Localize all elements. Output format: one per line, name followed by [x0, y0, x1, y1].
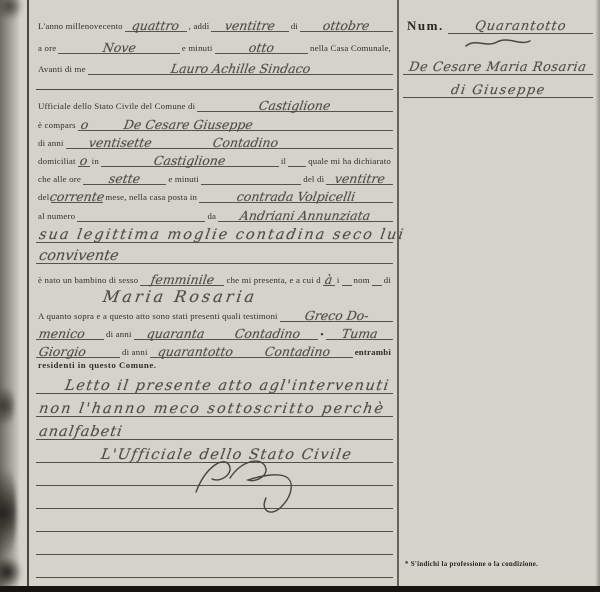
num-label: Num. [403, 19, 448, 34]
fill-line: sette [83, 173, 166, 185]
handwritten-entry: ottobre [319, 20, 373, 31]
handwritten-entry: Contadino [232, 328, 305, 339]
fill-line: Contadino [218, 328, 319, 340]
fill-line: Castiglione [197, 100, 393, 112]
fill-line [288, 166, 306, 167]
form-line-time: a ore Nove e minuti otto nella Casa Comu… [36, 32, 393, 54]
child-name: Maria Rosaria [99, 290, 261, 304]
handwritten-entry: De Cesare Giuseppe [120, 119, 257, 130]
printed-text: Avanti di me [36, 65, 88, 75]
fill-line: Castiglione [101, 155, 279, 167]
fill-line [201, 184, 301, 185]
fill-line: De Cesare Giuseppe [92, 119, 285, 131]
closing-handwriting: analfabeti [35, 426, 127, 439]
witness-separator-dot: • [318, 330, 325, 340]
closing-handwriting: non l'hanno meco sottoscritto perchè [35, 403, 389, 416]
form-line-witnesses: A quanto sopra e a questo atto sono stat… [36, 304, 393, 322]
fill-line: o [78, 155, 90, 167]
form-line-witness1: menico di anni quaranta Contadino • Tuma [36, 322, 393, 340]
handwritten-entry: menico [35, 328, 89, 339]
fill-line: convivente [36, 250, 393, 264]
fill-line: quattro [125, 20, 187, 32]
printed-text: in [90, 157, 101, 167]
handwritten-entry: sette [105, 173, 144, 184]
handwritten-entry: Castiglione [150, 155, 229, 166]
printed-text: a ore [36, 44, 58, 54]
fill-line [285, 130, 393, 131]
fill-line: Contadino [242, 346, 353, 358]
handwritten-entry: Castiglione [256, 100, 335, 111]
fill-line: quarantotto [150, 346, 242, 358]
printed-text: che mi presenta, e a cui d [224, 276, 322, 286]
form-line-residents: residenti in questo Comune. [36, 358, 393, 371]
fill-line: menico [36, 328, 104, 340]
printed-text: entrambi [353, 348, 393, 358]
handwritten-entry: femminile [147, 274, 218, 285]
ruled-empty-line [36, 555, 393, 578]
fill-line: à [323, 274, 335, 286]
handwritten-entry: o [77, 119, 92, 130]
printed-text: mese, nella casa posta in [103, 193, 199, 203]
form-line-declarant: è compars o De Cesare Giuseppe [36, 112, 393, 131]
form-line-witness2: Giorgio di anni quarantotto Contadino en… [36, 340, 393, 358]
closing-line: Letto il presente atto agl'intervenuti [36, 371, 393, 394]
fill-line: Tuma [326, 328, 393, 340]
handwritten-entry: Giorgio [35, 346, 90, 357]
act-body: L'anno millenovecento quattro , addì ven… [36, 8, 393, 578]
printed-text: da [205, 212, 218, 222]
handwritten-entry: quattro [128, 20, 183, 31]
printed-text: e minuti [180, 44, 215, 54]
printed-text: nom [352, 276, 372, 286]
form-line-birth-place: del corrente mese, nella casa posta in c… [36, 185, 393, 203]
fill-line: o [78, 119, 92, 131]
fill-line: contrada Volpicelli [199, 191, 393, 203]
father-name-line: di Giuseppe [403, 75, 593, 98]
registered-name: De Cesare Maria Rosaria [405, 62, 590, 74]
fill-line: Quarantotto [448, 21, 593, 34]
page-left-border [27, 0, 29, 586]
act-number-value: Quarantotto [471, 21, 570, 33]
registered-name-line: De Cesare Maria Rosaria [403, 50, 593, 75]
handwritten-entry: Contadino [261, 346, 334, 357]
scan-bottom-edge [0, 586, 600, 592]
handwritten-entry: otto [245, 42, 278, 53]
fill-line: ventitre [211, 20, 288, 32]
fill-line: ventitre [326, 173, 393, 185]
fill-line [317, 148, 393, 149]
printed-text: al numero [36, 212, 77, 222]
closing-line: analfabeti [36, 417, 393, 440]
handwritten-entry: à [321, 274, 336, 285]
margin-annotations: Num. Quarantotto De Cesare Maria Rosaria… [403, 10, 593, 98]
fill-line [372, 285, 382, 286]
printed-text: di [382, 276, 393, 286]
handwritten-entry: Nove [99, 42, 140, 53]
fill-line: sua legittima moglie contadina seco lui [36, 229, 393, 243]
handwritten-entry: Contadino [209, 137, 282, 148]
printed-text: residenti in questo Comune. [36, 361, 158, 371]
fill-line: femminile [140, 274, 224, 286]
printed-text: è compars [36, 121, 78, 131]
printed-text: nella Casa Comunale, [308, 44, 393, 54]
printed-text: , addì [187, 22, 212, 32]
form-line-birth-hour: che alle ore sette e minuti del dì venti… [36, 167, 393, 185]
handwritten-entry: ventitre [331, 173, 389, 184]
closing-line: non l'hanno meco sottoscritto perchè [36, 394, 393, 417]
margin-flourish [403, 37, 593, 50]
fill-line: quaranta [134, 328, 218, 340]
form-line-mother: al numero da Andriani Annunziata [36, 203, 393, 222]
fill-line [77, 221, 205, 222]
handwritten-entry: Lauro Achille Sindaco [167, 63, 314, 74]
printed-text: di anni [120, 348, 150, 358]
fill-line: Andriani Annunziata [218, 210, 393, 222]
act-number-line: Num. Quarantotto [403, 10, 593, 34]
printed-text: e minuti [166, 175, 201, 185]
handwritten-entry: Tuma [338, 328, 381, 339]
printed-text: che alle ore [36, 175, 83, 185]
fill-line: Giorgio [36, 346, 120, 358]
form-line-mother-status: sua legittima moglie contadina seco lui [36, 222, 393, 243]
child-name-line: Maria Rosaria [36, 286, 393, 304]
form-line-date: L'anno millenovecento quattro , addì ven… [36, 8, 393, 32]
handwritten-entry: quarantotto [154, 346, 237, 357]
printed-text: quale mi ha dichiarato [306, 157, 393, 167]
form-line-sex-name: è nato un bambino di sesso femminile che… [36, 264, 393, 286]
handwritten-entry: ventitre [221, 20, 279, 31]
form-line-mother-status2: convivente [36, 243, 393, 264]
form-line-residence: domiciliat o in Castiglione il quale mi … [36, 149, 393, 167]
ruled-empty-line [36, 532, 393, 555]
handwritten-entry: sua legittima moglie contadina seco lui [35, 229, 409, 242]
fill-line: Nove [58, 42, 180, 54]
handwritten-entry: convivente [35, 250, 123, 263]
handwritten-entry: o [76, 155, 91, 166]
handwritten-entry: Greco Do- [301, 310, 372, 321]
registry-page-scan: L'anno millenovecento quattro , addì ven… [0, 0, 600, 592]
fill-line: corrente [51, 191, 103, 203]
handwritten-entry: quaranta [143, 328, 208, 339]
book-spine-edge [0, 0, 20, 592]
handwritten-entry: Andriani Annunziata [237, 210, 375, 221]
edge-shadow [0, 0, 24, 20]
page-right-edge [595, 0, 600, 592]
closing-handwriting: Letto il presente atto agl'intervenuti [61, 380, 394, 393]
printed-text: domiciliat [36, 157, 78, 167]
printed-text: A quanto sopra e a questo atto sono stat… [36, 312, 280, 322]
handwritten-entry: corrente [46, 191, 108, 202]
fill-line [342, 285, 352, 286]
form-line-official: Avanti di me Lauro Achille Sindaco [36, 54, 393, 75]
officer-signature-flourish [166, 450, 326, 520]
form-line-comune: Ufficiale dello Stato Civile del Comune … [36, 90, 393, 112]
father-name: di Giuseppe [447, 85, 550, 97]
fill-line: Lauro Achille Sindaco [88, 63, 393, 75]
fill-line: Contadino [175, 137, 317, 149]
handwritten-entry: ventisette [85, 137, 156, 148]
footnote: * S'indichi la professione o la condizio… [405, 561, 590, 568]
printed-text: di anni [104, 330, 134, 340]
fill-line: otto [215, 42, 308, 54]
printed-text: è nato un bambino di sesso [36, 276, 140, 286]
fill-line: Greco Do- [280, 310, 393, 322]
flourish-squiggle [462, 37, 534, 50]
printed-text: il [279, 157, 288, 167]
margin-divider-line [397, 0, 399, 586]
printed-text: del dì [301, 175, 326, 185]
edge-shadow [0, 556, 22, 588]
printed-text: i [335, 276, 342, 286]
fill-line: ventisette [66, 137, 175, 149]
printed-text: di [289, 22, 300, 32]
printed-text: Ufficiale dello Stato Civile del Comune … [36, 102, 197, 112]
printed-text: di anni [36, 139, 66, 149]
form-line-declarant-age: di anni ventisette Contadino [36, 131, 393, 149]
handwritten-entry: contrada Volpicelli [233, 191, 359, 202]
fill-line: ottobre [300, 20, 393, 32]
edge-shadow [0, 380, 14, 432]
printed-text: L'anno millenovecento [36, 22, 125, 32]
